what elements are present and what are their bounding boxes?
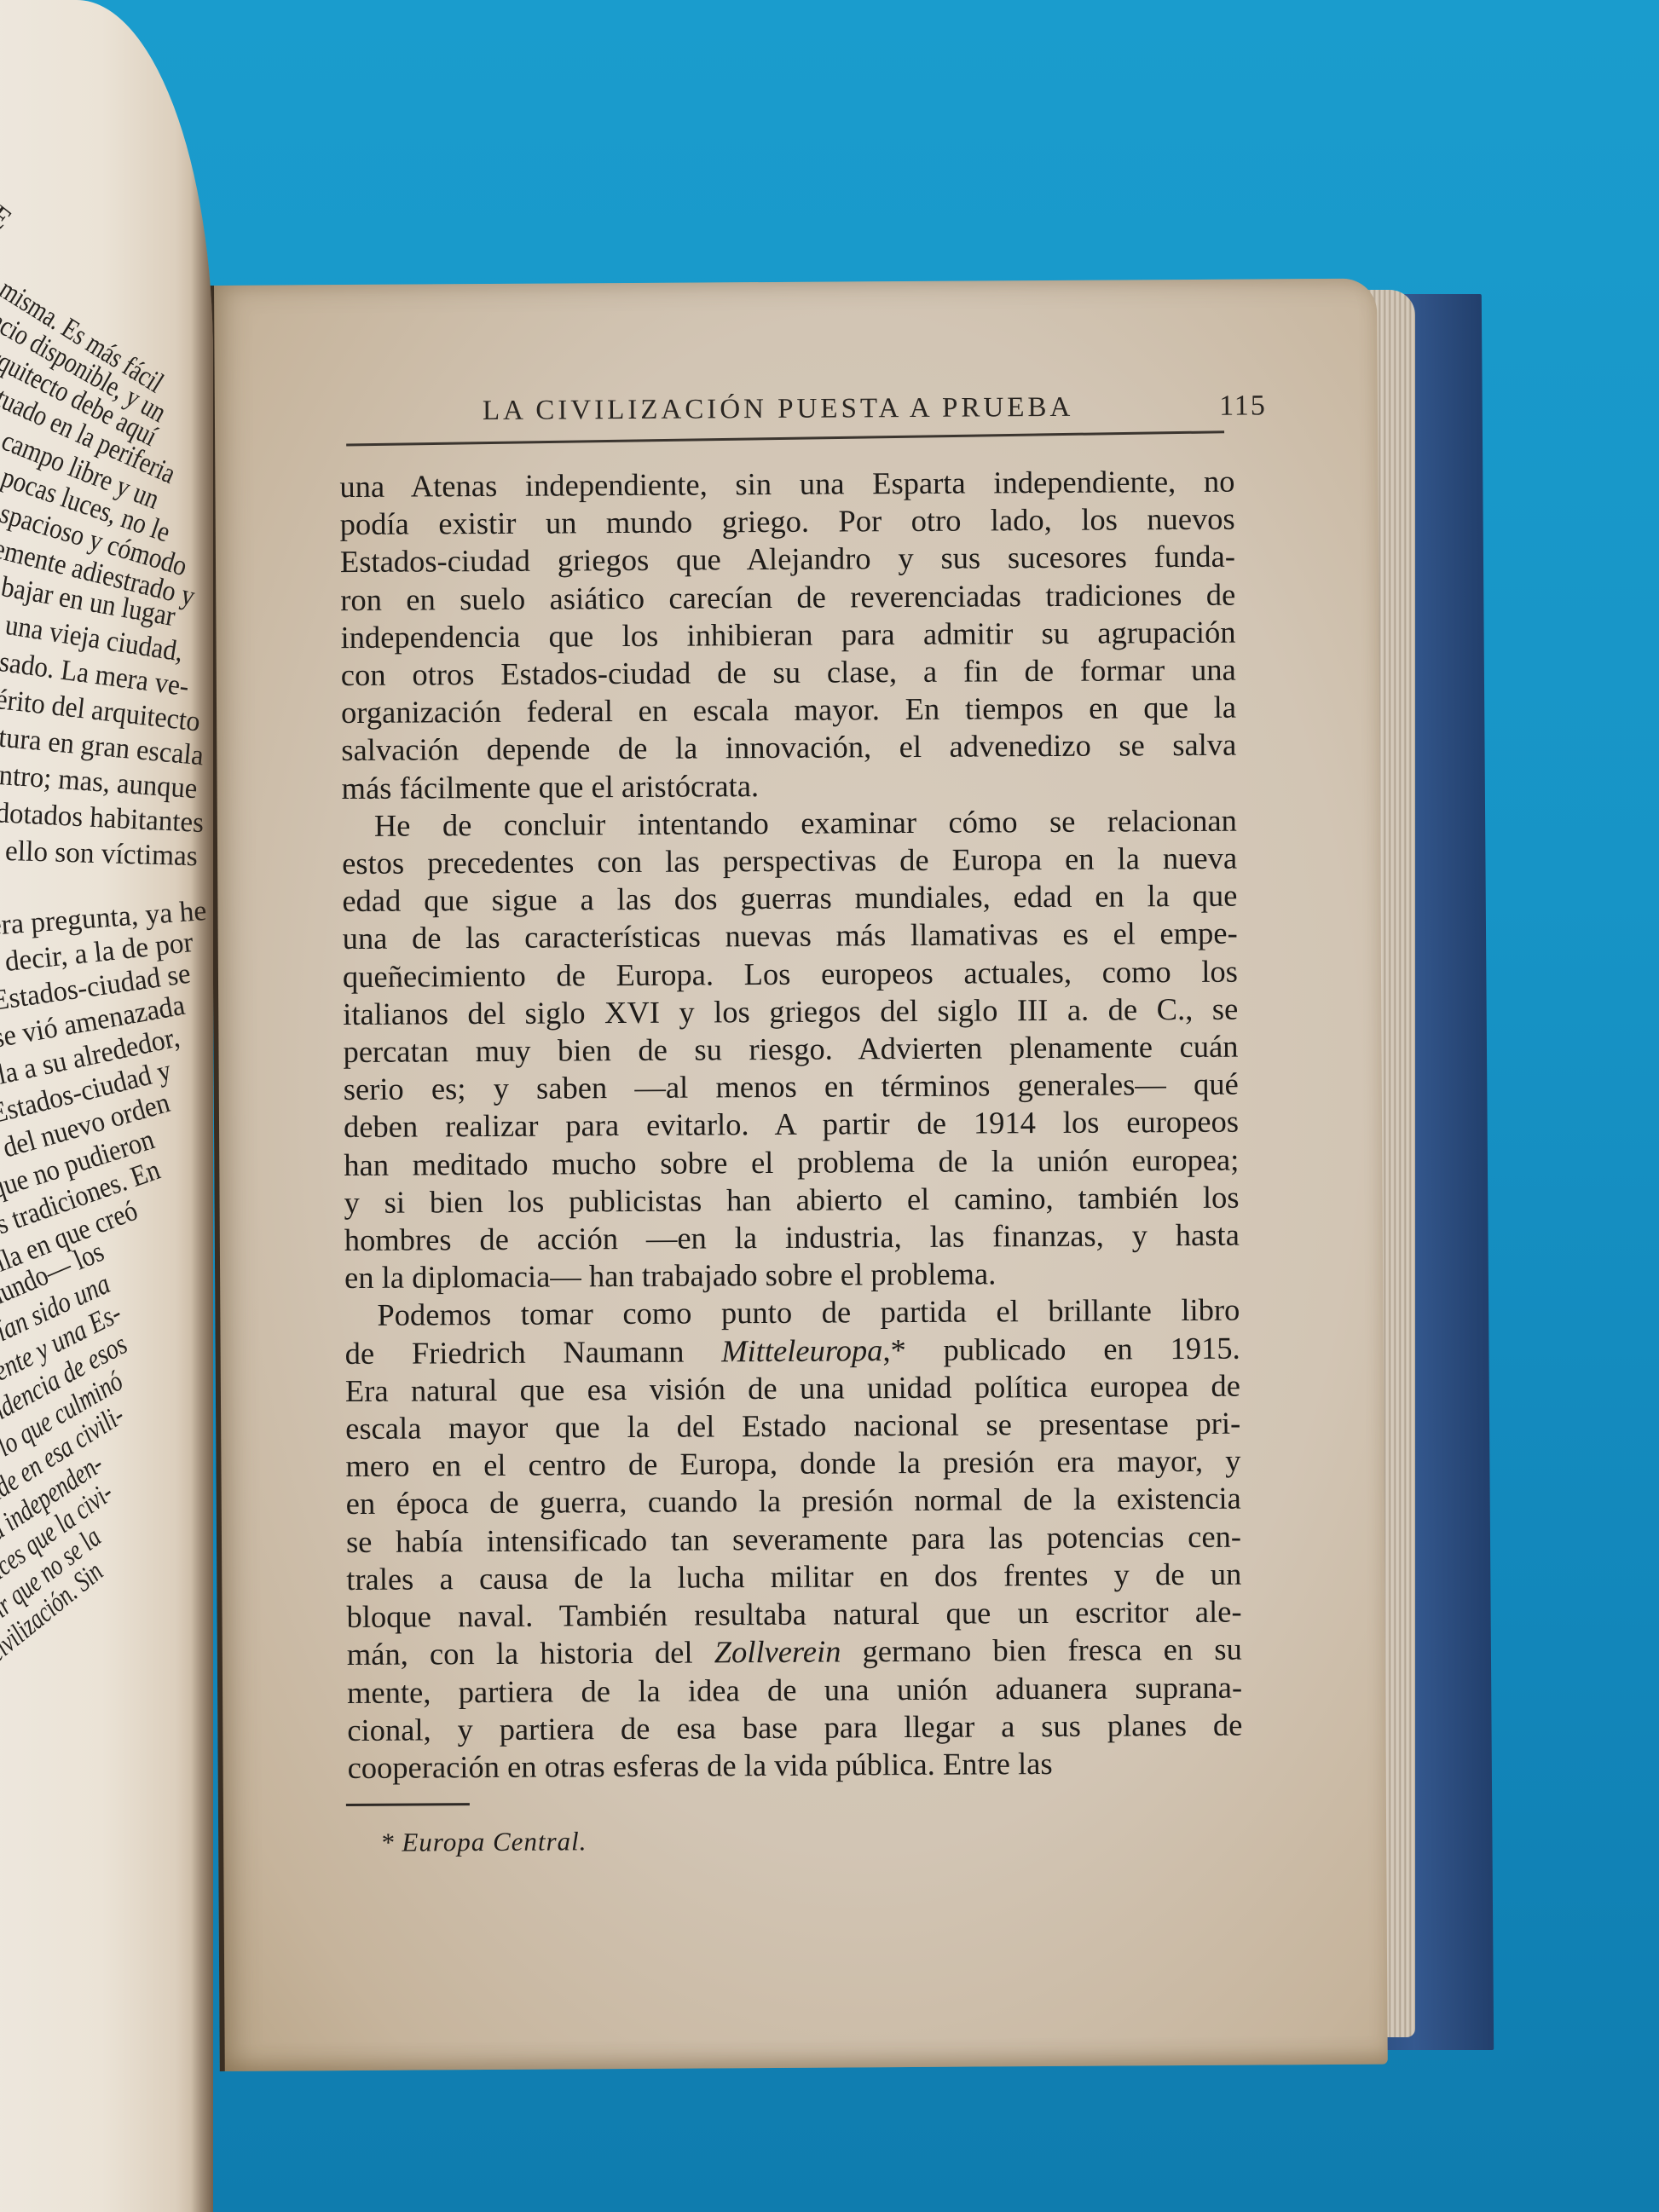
text-line: mente, partiera de la idea de una unión … <box>347 1668 1242 1712</box>
italic-title: Mitteleuropa <box>721 1332 882 1368</box>
text-line: percatan muy bien de su riesgo. Advierte… <box>343 1028 1238 1071</box>
text-line: se había intensificado tan severamente p… <box>346 1517 1241 1561</box>
text-line: independencia que los inhibieran para ad… <box>340 613 1235 656</box>
text-line: ron en suelo asiático carecían de revere… <box>340 575 1235 619</box>
text-line: mero en el centro de Europa, donde la pr… <box>345 1442 1240 1486</box>
text-line: con otros Estados-ciudad de su clase, a … <box>341 651 1236 695</box>
footnote-rule <box>346 1803 470 1806</box>
footnote: * Europa Central. <box>380 1826 587 1857</box>
text-line: más fácilmente que el aristócrata. <box>341 764 1236 807</box>
text-line: salvación depende de la innovación, el a… <box>341 726 1236 770</box>
text-line: Era natural que esa visión de una unidad… <box>345 1367 1240 1411</box>
text-line: serio es; y saben —al menos en términos … <box>344 1066 1239 1109</box>
text-line: He de concluir intentando examinar cómo … <box>342 801 1237 845</box>
text-line: hombres de acción —en la industria, las … <box>344 1216 1240 1260</box>
left-page-curled: BEE la misma. Es más fácilpacio disponib… <box>0 0 213 2212</box>
spine-shadow <box>191 0 213 2212</box>
text-line: italianos del siglo XVI y los griegos de… <box>343 990 1238 1033</box>
italic-title: Zollverein <box>714 1634 841 1670</box>
right-page: LA CIVILIZACIÓN PUESTA A PRUEBA 115 una … <box>209 279 1388 2071</box>
text-line: cooperación en otras esferas de la vida … <box>347 1744 1242 1788</box>
text-line: cional, y partiera de esa base para lleg… <box>347 1706 1242 1749</box>
text-line: organización federal en escala mayor. En… <box>341 689 1236 732</box>
text-line: Podemos tomar como punto de partida el b… <box>344 1291 1240 1335</box>
text-line: Estados-ciudad griegos que Alejandro y s… <box>340 538 1235 581</box>
text-line: y si bien los publicistas han abierto el… <box>344 1178 1239 1222</box>
text-line: deben realizar para evitarlo. A partir d… <box>344 1103 1239 1146</box>
text-line: bloque naval. También resultaba natural … <box>346 1593 1241 1637</box>
text-line: en época de guerra, cuando la presión no… <box>346 1480 1241 1523</box>
left-page-text: la misma. Es más fácilpacio disponible, … <box>0 256 205 1675</box>
text-line: queñecimiento de Europa. Los europeos ac… <box>343 952 1238 996</box>
body-text: una Atenas independiente, sin una Espart… <box>339 463 1242 1787</box>
text-line: trales a causa de la lucha militar en do… <box>346 1556 1241 1599</box>
text-line: escala mayor que la del Estado nacional … <box>345 1405 1240 1448</box>
text-line: en la diplomacia— han trabajado sobre el… <box>344 1254 1240 1297</box>
paragraph: He de concluir intentando examinar cómo … <box>342 801 1240 1297</box>
text-line: mán, con la historia del Zollverein germ… <box>347 1631 1242 1674</box>
text-line: han meditado mucho sobre el problema de … <box>344 1141 1239 1184</box>
left-running-head: BEE <box>0 170 21 240</box>
text-line: de Friedrich Naumann Mitteleuropa,* publ… <box>345 1329 1240 1372</box>
paragraph: Podemos tomar como punto de partida el b… <box>344 1291 1242 1787</box>
header-rule <box>346 430 1224 446</box>
text-line: podía existir un mundo griego. Por otro … <box>340 500 1235 544</box>
running-head-title: LA CIVILIZACIÓN PUESTA A PRUEBA <box>483 392 1074 427</box>
text-line: estos precedentes con las perspectivas d… <box>342 840 1237 883</box>
page-number: 115 <box>1219 390 1267 422</box>
text-line: una de las características nuevas más ll… <box>343 915 1238 958</box>
paragraph: una Atenas independiente, sin una Espart… <box>339 463 1236 807</box>
running-head: LA CIVILIZACIÓN PUESTA A PRUEBA 115 <box>483 390 1267 427</box>
text-line: edad que sigue a las dos guerras mundial… <box>342 877 1237 921</box>
text-line: una Atenas independiente, sin una Espart… <box>339 463 1234 506</box>
